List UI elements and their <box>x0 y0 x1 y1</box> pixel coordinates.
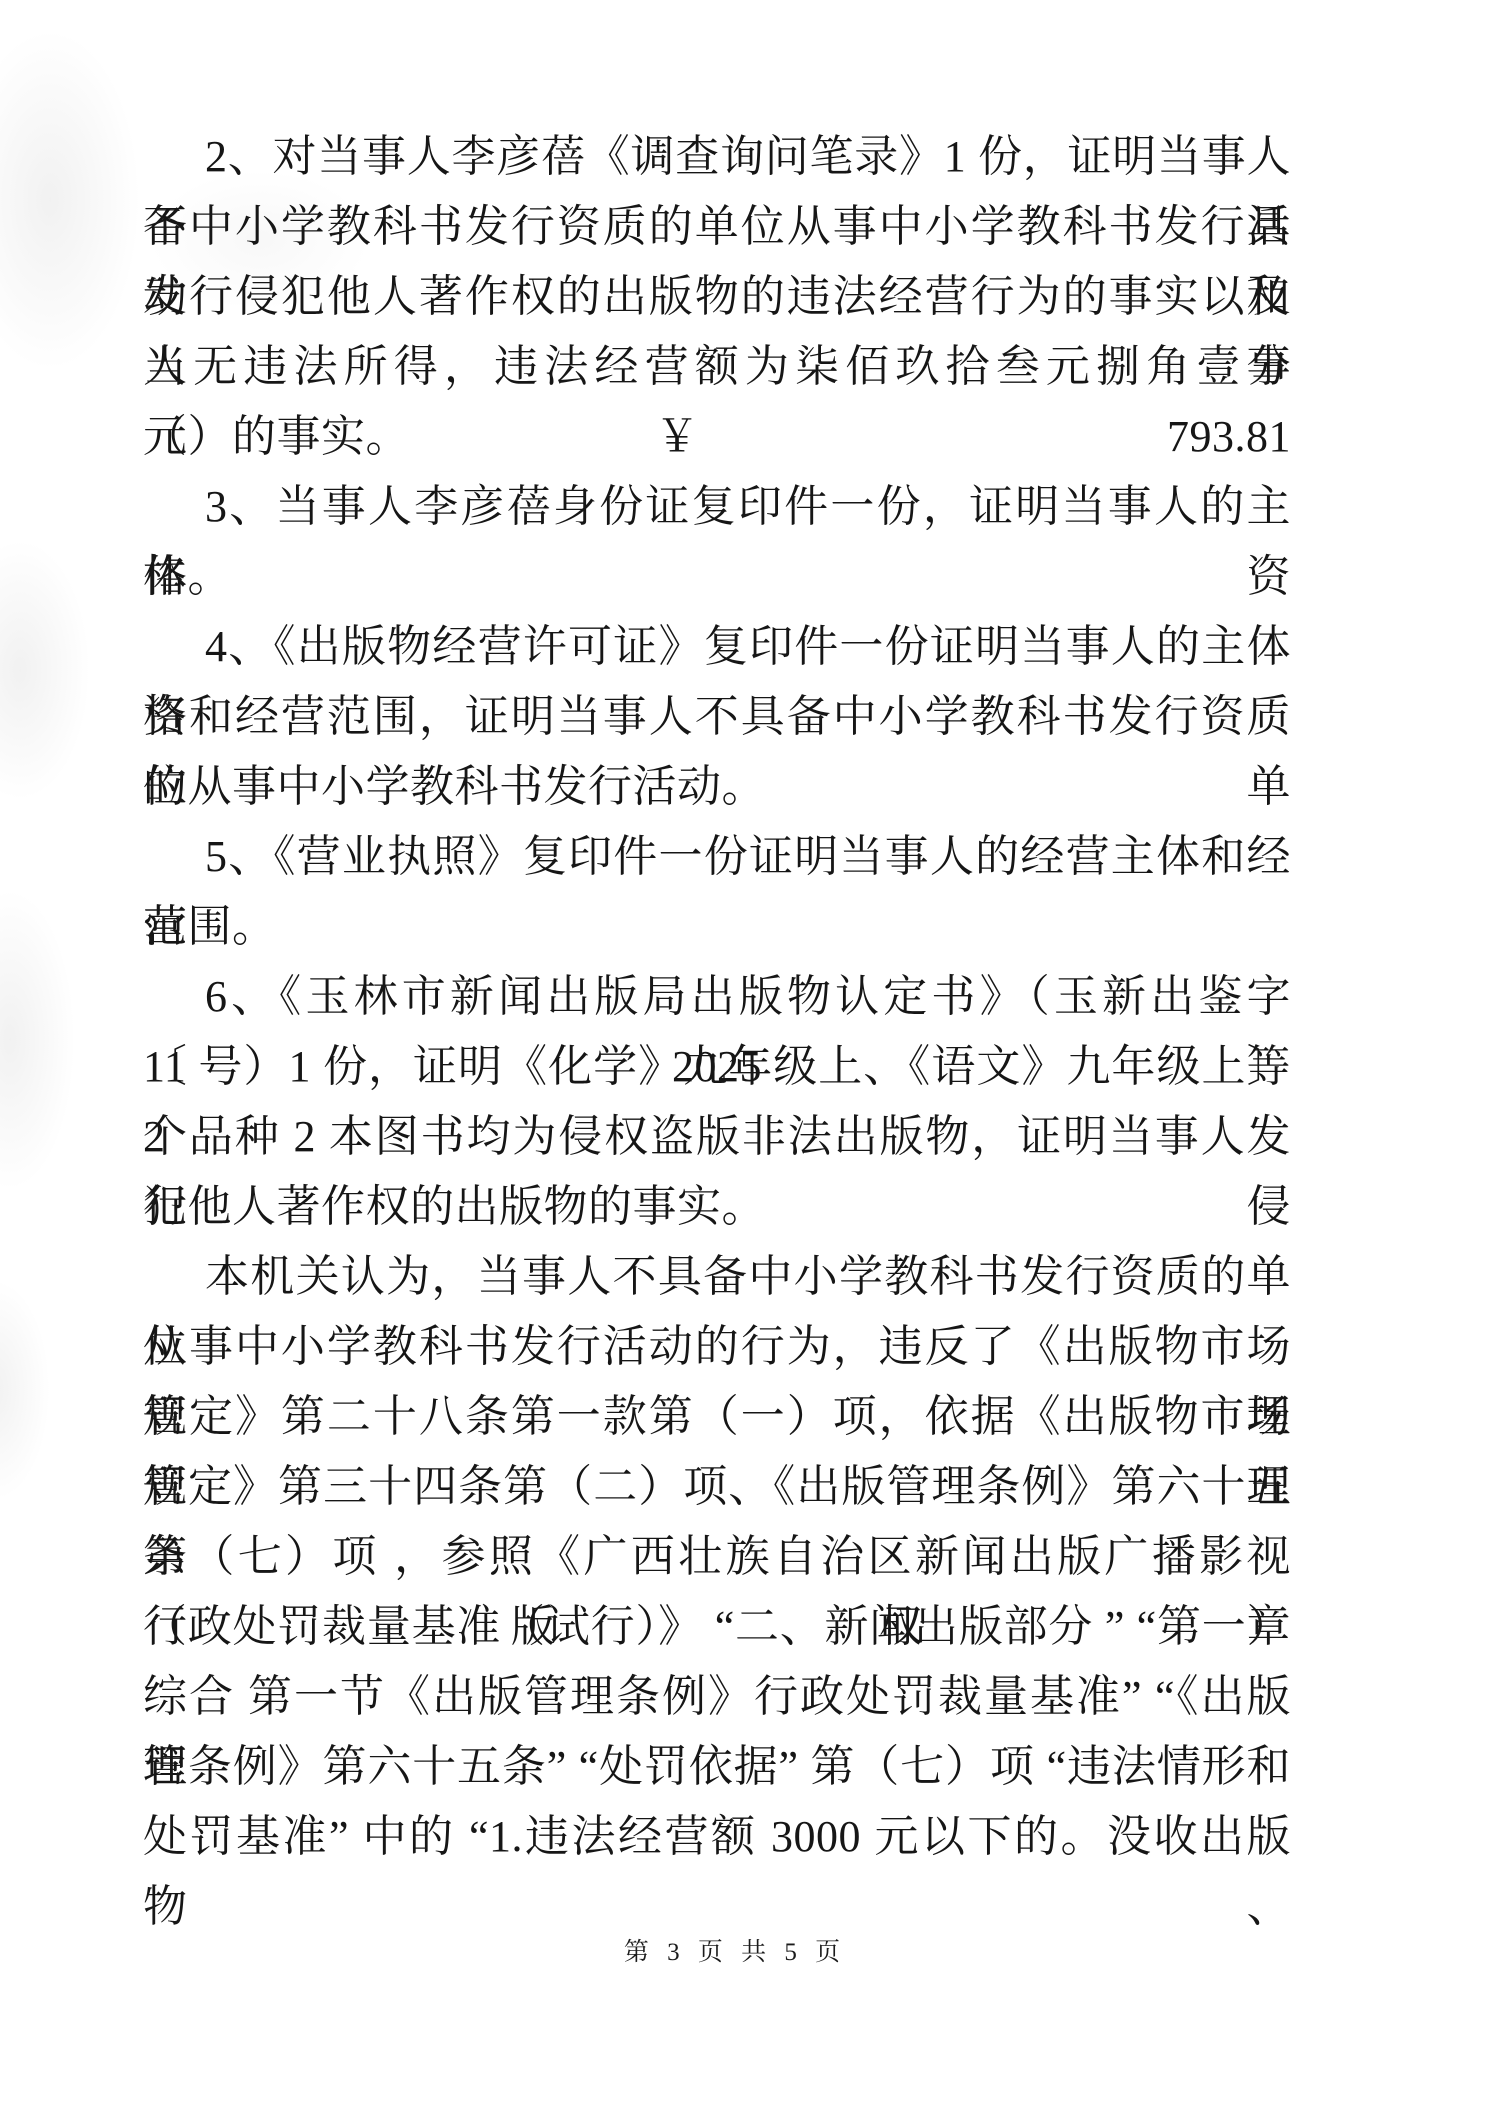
text-line: 2、对当事人李彦蓓《调查询问笔录》1 份，证明当事人不具 <box>143 122 1291 192</box>
text-line: 理条例》第六十五条” “处罚依据” 第（七）项 “违法情形和 <box>143 1732 1291 1802</box>
document-page: 2、对当事人李彦蓓《调查询问笔录》1 份，证明当事人不具备中小学教科书发行资质的… <box>0 0 1487 2102</box>
text-line: 处罚基准” 中的 “1.违法经营额 3000 元以下的。没收出版物、 <box>143 1802 1291 1872</box>
text-line: 个品种 2 本图书均为侵权盗版非法出版物，证明当事人发行侵 <box>143 1102 1291 1172</box>
scan-smudge <box>0 30 140 370</box>
text-line: 3、当事人李彦蓓身份证复印件一份，证明当事人的主体资 <box>143 472 1291 542</box>
text-line: 规定》第三十四条第（二）项、《出版管理条例》第六十五条 <box>143 1452 1291 1522</box>
text-line: 人无违法所得，违法经营额为柒佰玖拾叁元捌角壹分（￥793.81 <box>143 332 1291 402</box>
text-line: 格和经营范围，证明当事人不具备中小学教科书发行资质的单 <box>143 682 1291 752</box>
text-line: 6、《玉林市新闻出版局出版物认定书》（玉新出鉴字〔2025〕 <box>143 962 1291 1032</box>
text-line: 范围。 <box>143 892 1291 962</box>
text-line: 发行侵犯他人著作权的出版物的违法经营行为的事实以及当事 <box>143 262 1291 332</box>
text-line: 4、《出版物经营许可证》复印件一份证明当事人的主体资 <box>143 612 1291 682</box>
text-line: 综合 第一节《出版管理条例》行政处罚裁量基准” “《出版管 <box>143 1662 1291 1732</box>
text-line: 第（七）项 ，参照《广西壮族自治区新闻出版广播影视（版权） <box>143 1522 1291 1592</box>
text-line: 从事中小学教科书发行活动的行为，违反了《出版物市场管理 <box>143 1312 1291 1382</box>
document-body: 2、对当事人李彦蓓《调查询问笔录》1 份，证明当事人不具备中小学教科书发行资质的… <box>143 122 1291 1872</box>
text-line: 备中小学教科书发行资质的单位从事中小学教科书发行活动和 <box>143 192 1291 262</box>
scan-smudge <box>0 1280 50 1500</box>
text-line: 行政处罚裁量基准（试行）》 “二、新闻出版部分 ” “第一章 <box>143 1592 1291 1662</box>
text-line: 11 号）1 份，证明《化学》九年级上、《语文》九年级上等 2 <box>143 1032 1291 1102</box>
text-line: 5、《营业执照》复印件一份证明当事人的经营主体和经营 <box>143 822 1291 892</box>
scan-smudge <box>0 540 90 800</box>
text-line: 规定》第二十八条第一款第（一）项，依据《出版物市场管理 <box>143 1382 1291 1452</box>
text-line: 本机关认为，当事人不具备中小学教科书发行资质的单位 <box>143 1242 1291 1312</box>
scan-smudge <box>0 890 75 1190</box>
page-number: 第 3 页 共 5 页 <box>0 1932 1470 1968</box>
